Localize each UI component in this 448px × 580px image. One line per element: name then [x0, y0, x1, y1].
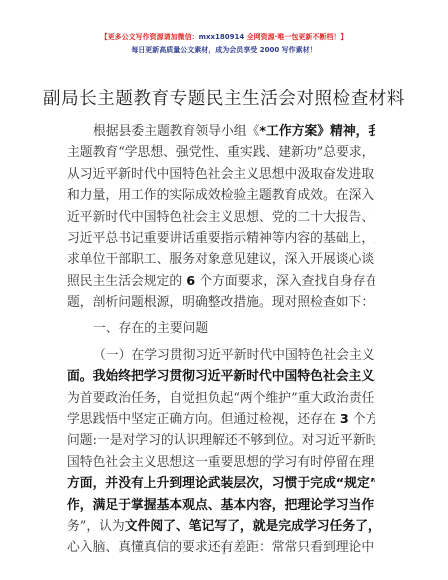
promo-prefix: 【更多公文写作资源请加微信：: [101, 33, 199, 41]
document-page: 【更多公文写作资源请加微信：mxx180914 全网资源·唯一包更新不断档！】 …: [0, 0, 448, 580]
text-line: 作，满足于掌握基本观点、基本内容，把理论学习当作“任: [67, 495, 375, 516]
number-run: 6: [186, 274, 195, 289]
text-line: 习近平总书记重要讲话重要指示精神等内容的基础上，广泛征: [67, 228, 375, 249]
text-line: 从习近平新时代中国特色社会主义思想中汲取奋发进取的智慧: [67, 164, 375, 185]
section-heading: 一、存在的主要问题: [67, 318, 375, 339]
promo-suffix: 全网资源·唯一包更新不断档！】: [244, 33, 347, 41]
text-line: 问题:一是对学习的认识理解还不够到位。对习近平新时代中: [67, 430, 375, 451]
text-line: 学思践悟中坚定正确方向。但通过检视，还存在 3 个方面的: [67, 409, 375, 430]
promo-banner-line2: 每日更新高质量公文素材，成为会员享受 2000 写作素材！: [0, 44, 448, 56]
promo-banner-line1: 【更多公文写作资源请加微信：mxx180914 全网资源·唯一包更新不断档！】: [0, 31, 448, 43]
text-line: 主题教育“学思想、强党性、重实践、建新功”总要求，坚持: [67, 142, 375, 163]
text-line: 照民主生活会规定的 6 个方面要求，深入查找自身存在的问: [67, 271, 375, 292]
intro-paragraph: 根据县委主题教育领导小组《*工作方案》精神，我聚焦 主题教育“学思想、强党性、重…: [67, 121, 375, 314]
text-line: 国特色社会主义思想这一重要思想的学习有时停留在理论知识: [67, 452, 375, 473]
text-line: （一）在学习贯彻习近平新时代中国特色社会主义思想方: [67, 345, 375, 366]
section-paragraph: （一）在学习贯彻习近平新时代中国特色社会主义思想方 面。我始终把学习贯彻习近平新…: [67, 345, 375, 559]
text-line: 近平新时代中国特色社会主义思想、党的二十大报告、党章和: [67, 207, 375, 228]
document-title: 副局长主题教育专题民主生活会对照检查材料: [0, 85, 448, 110]
text-line: 题，剖析问题根源，明确整改措施。现对照检查如下：: [67, 292, 375, 313]
text-line: 方面，并没有上升到理论武装层次，习惯于完成“规定”动: [67, 473, 375, 494]
bold-text-run: *工作方案》精神，我聚焦: [259, 124, 375, 139]
text-line: 为首要政治任务，自觉担负起“两个维护”重大政治责任，在: [67, 388, 375, 409]
text-run: 个方面要求，深入查找自身存在的问: [199, 274, 375, 289]
number-run: 3: [340, 412, 349, 427]
text-line: 根据县委主题教育领导小组《*工作方案》精神，我聚焦: [67, 121, 375, 142]
text-line: 和力量，用工作的实际成效检验主题教育成效。在深入学习习: [67, 185, 375, 206]
text-run: 务”，认为: [67, 519, 125, 534]
text-line: 求单位干部职工、服务对象意见建议，深入开展谈心谈话，对: [67, 249, 375, 270]
text-line: 务”，认为文件阅了、笔记写了，就是完成学习任务了，离入: [67, 516, 375, 537]
text-line: 面。我始终把学习贯彻习近平新时代中国特色社会主义思想作: [67, 366, 375, 387]
promo-wechat-id: mxx180914: [199, 33, 245, 41]
page-number: 1: [0, 547, 448, 556]
promo-banner: 【更多公文写作资源请加微信：mxx180914 全网资源·唯一包更新不断档！】 …: [0, 31, 448, 56]
text-run: 个方面的: [353, 412, 375, 427]
text-run: 根据县委主题教育领导小组《: [93, 124, 259, 139]
document-body: 根据县委主题教育领导小组《*工作方案》精神，我聚焦 主题教育“学思想、强党性、重…: [67, 121, 375, 559]
bold-text-run: 文件阅了、笔记写了，就是完成学习任务了，离入: [125, 519, 375, 534]
text-run: 学思践悟中坚定正确方向。但通过检视，还存在: [67, 412, 336, 427]
text-run: 照民主生活会规定的: [67, 274, 182, 289]
